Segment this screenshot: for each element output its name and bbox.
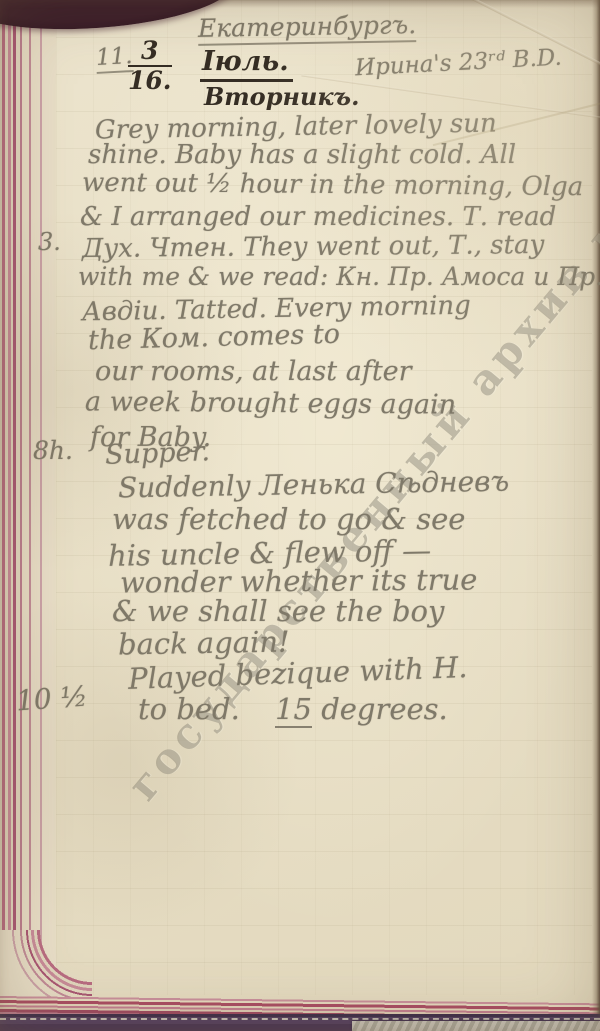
last-line-suffix: degrees. <box>321 692 448 726</box>
margin-time-8: 8h. <box>33 436 73 465</box>
diary-line: was fetched to go & see <box>112 502 465 536</box>
manuscript-layer: Екатеринбургъ. 11. 3 16. Іюль. Вторникъ.… <box>0 0 600 1031</box>
diary-line: shine. Baby has a slight cold. All <box>88 140 516 170</box>
temperature-value: 15 <box>275 692 312 728</box>
diary-line: a week brought eggs again <box>85 386 456 420</box>
margin-time-1030: 10 ½ <box>15 680 89 718</box>
diary-page-scan: государственный архив рф Екатеринбургъ. … <box>0 0 600 1031</box>
date-fraction: 3 16. <box>128 38 172 95</box>
diary-line: went out ½ hour in the morning, Olga <box>82 168 583 202</box>
last-line-prefix: to bed. <box>138 692 240 726</box>
diary-line: Дух. Чтен. They went out, Т., stay <box>82 230 544 264</box>
diary-line: the Ком. comes to <box>88 319 341 357</box>
diary-line: with me & we read: Кн. Пр. Амоса и Пр. <box>78 262 600 291</box>
place-heading: Екатеринбургъ. <box>198 10 417 46</box>
diary-line: our rooms, at last after <box>95 356 412 387</box>
birthday-note: Ирина's 23ʳᵈ В.D. <box>354 45 562 82</box>
date-numerator: 3 <box>128 38 172 67</box>
weekday-label: Вторникъ. <box>204 82 359 111</box>
diary-line: & we shall see the boy <box>112 594 444 628</box>
date-denominator: 16. <box>128 67 172 94</box>
diary-line: & I arranged our medicines. Т. read <box>80 202 556 232</box>
month-label: Іюль. <box>200 46 293 82</box>
margin-time-3: 3. <box>38 228 61 256</box>
diary-line-last: to bed. 15 degrees. <box>138 692 448 726</box>
diary-line: Suddenly Ленька Сѣдневъ <box>118 465 510 505</box>
diary-line: Supper. <box>104 436 210 471</box>
diary-line: back again! <box>118 625 290 662</box>
